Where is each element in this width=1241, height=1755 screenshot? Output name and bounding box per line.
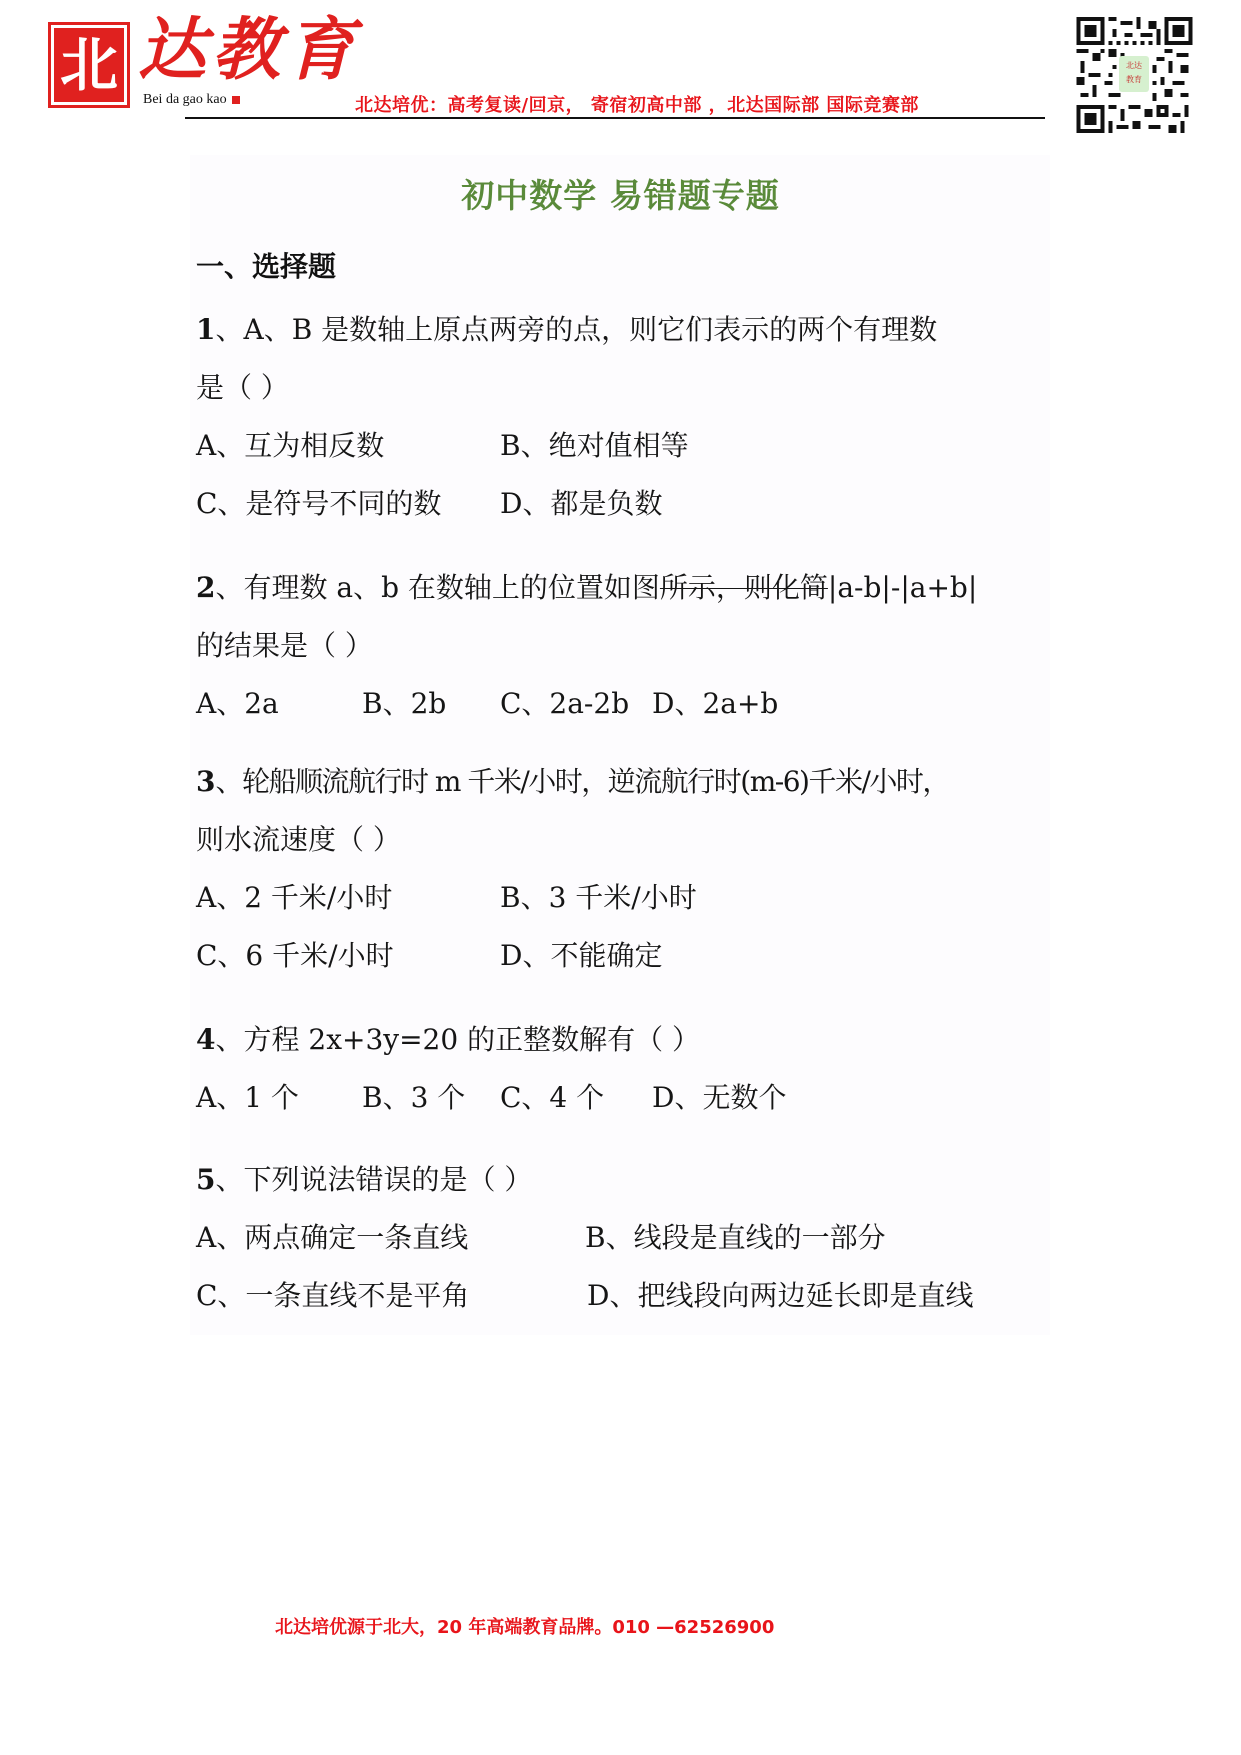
red-square-icon <box>232 96 240 104</box>
question-number: 3 <box>196 765 215 798</box>
question-5-option-b: B、线段是直线的一部分 <box>585 1218 886 1258</box>
logo-seal-char: 北 <box>60 36 118 94</box>
question-text: 、下列说法错误的是（ ） <box>215 1163 532 1196</box>
question-2-stem: 2、有理数 a、b 在数轴上的位置如图所示，则化简|a-b|-|a+b| <box>196 568 977 608</box>
question-text: 、轮船顺流航行时 m 千米/小时，逆流航行时(m-6)千米/小时， <box>215 765 948 798</box>
question-1-option-d: D、都是负数 <box>500 484 662 524</box>
expression: |a-b|-|a+b| <box>828 571 977 604</box>
question-3-stem-cont: 则水流速度（ ） <box>196 820 401 860</box>
question-text: 、有理数 a、b 在数轴上的位置如图 <box>215 571 659 604</box>
logo-text: 达教育 <box>138 16 360 84</box>
qr-center-badge: 北达 教育 <box>1119 56 1149 92</box>
qr-code-icon: 北达 教育 <box>1076 17 1193 133</box>
question-4-option-b: B、3 个 <box>362 1078 465 1118</box>
question-5-option-c: C、一条直线不是平角 <box>196 1276 469 1316</box>
question-3-option-d: D、不能确定 <box>500 936 662 976</box>
question-4-option-c: C、4 个 <box>500 1078 604 1118</box>
question-2-stem-cont: 的结果是（ ） <box>196 626 373 666</box>
question-1-option-b: B、绝对值相等 <box>500 426 689 466</box>
question-3-option-b: B、3 千米/小时 <box>500 878 697 918</box>
question-4-option-a: A、1 个 <box>196 1078 299 1118</box>
question-1-stem-cont: 是（ ） <box>196 368 289 408</box>
logo-subtitle-text: Bei da gao kao <box>143 92 227 108</box>
question-4-stem: 4、方程 2x+3y=20 的正整数解有（ ） <box>196 1020 700 1060</box>
question-2-option-b: B、2b <box>362 684 446 724</box>
question-4-option-d: D、无数个 <box>652 1078 786 1118</box>
question-3-option-c: C、6 千米/小时 <box>196 936 394 976</box>
question-3-option-a: A、2 千米/小时 <box>196 878 392 918</box>
question-2-option-c: C、2a-2b <box>500 684 629 724</box>
header-slogan: 北达培优：高考复读/回京， 寄宿初高中部 ，北达国际部 国际竞赛部 <box>355 91 919 117</box>
footer-note: 北达培优源于北大，20 年高端教育品牌。010 —62526900 <box>275 1613 774 1639</box>
question-1-stem: 1、A、B 是数轴上原点两旁的点，则它们表示的两个有理数 <box>196 310 937 350</box>
question-1-option-a: A、互为相反数 <box>196 426 384 466</box>
qr-badge-line1: 北达 <box>1119 59 1149 73</box>
question-number: 5 <box>196 1163 215 1196</box>
question-2-option-d: D、2a+b <box>652 684 778 724</box>
header-divider <box>185 117 1045 119</box>
question-text: 、方程 2x+3y=20 的正整数解有（ ） <box>215 1023 700 1056</box>
question-number: 4 <box>196 1023 215 1056</box>
logo-subtitle: Bei da gao kao <box>143 92 240 108</box>
question-1-option-c: C、是符号不同的数 <box>196 484 441 524</box>
question-5-stem: 5、下列说法错误的是（ ） <box>196 1160 532 1200</box>
question-2-option-a: A、2a <box>196 684 279 724</box>
question-text: 、A、B 是数轴上原点两旁的点，则它们表示的两个有理数 <box>215 313 937 346</box>
qr-badge-line2: 教育 <box>1119 73 1149 87</box>
question-number: 2 <box>196 571 215 604</box>
question-5-option-d: D、把线段向两边延长即是直线 <box>587 1276 973 1316</box>
question-number: 1 <box>196 313 215 346</box>
logo-seal: 北 <box>48 22 130 108</box>
document-title: 初中数学 易错题专题 <box>0 170 1241 217</box>
struck-text: 所示，则化简 <box>660 571 828 604</box>
section-heading: 一、选择题 <box>196 245 336 285</box>
question-3-stem: 3、轮船顺流航行时 m 千米/小时，逆流航行时(m-6)千米/小时， <box>196 762 949 802</box>
question-5-option-a: A、两点确定一条直线 <box>196 1218 468 1258</box>
